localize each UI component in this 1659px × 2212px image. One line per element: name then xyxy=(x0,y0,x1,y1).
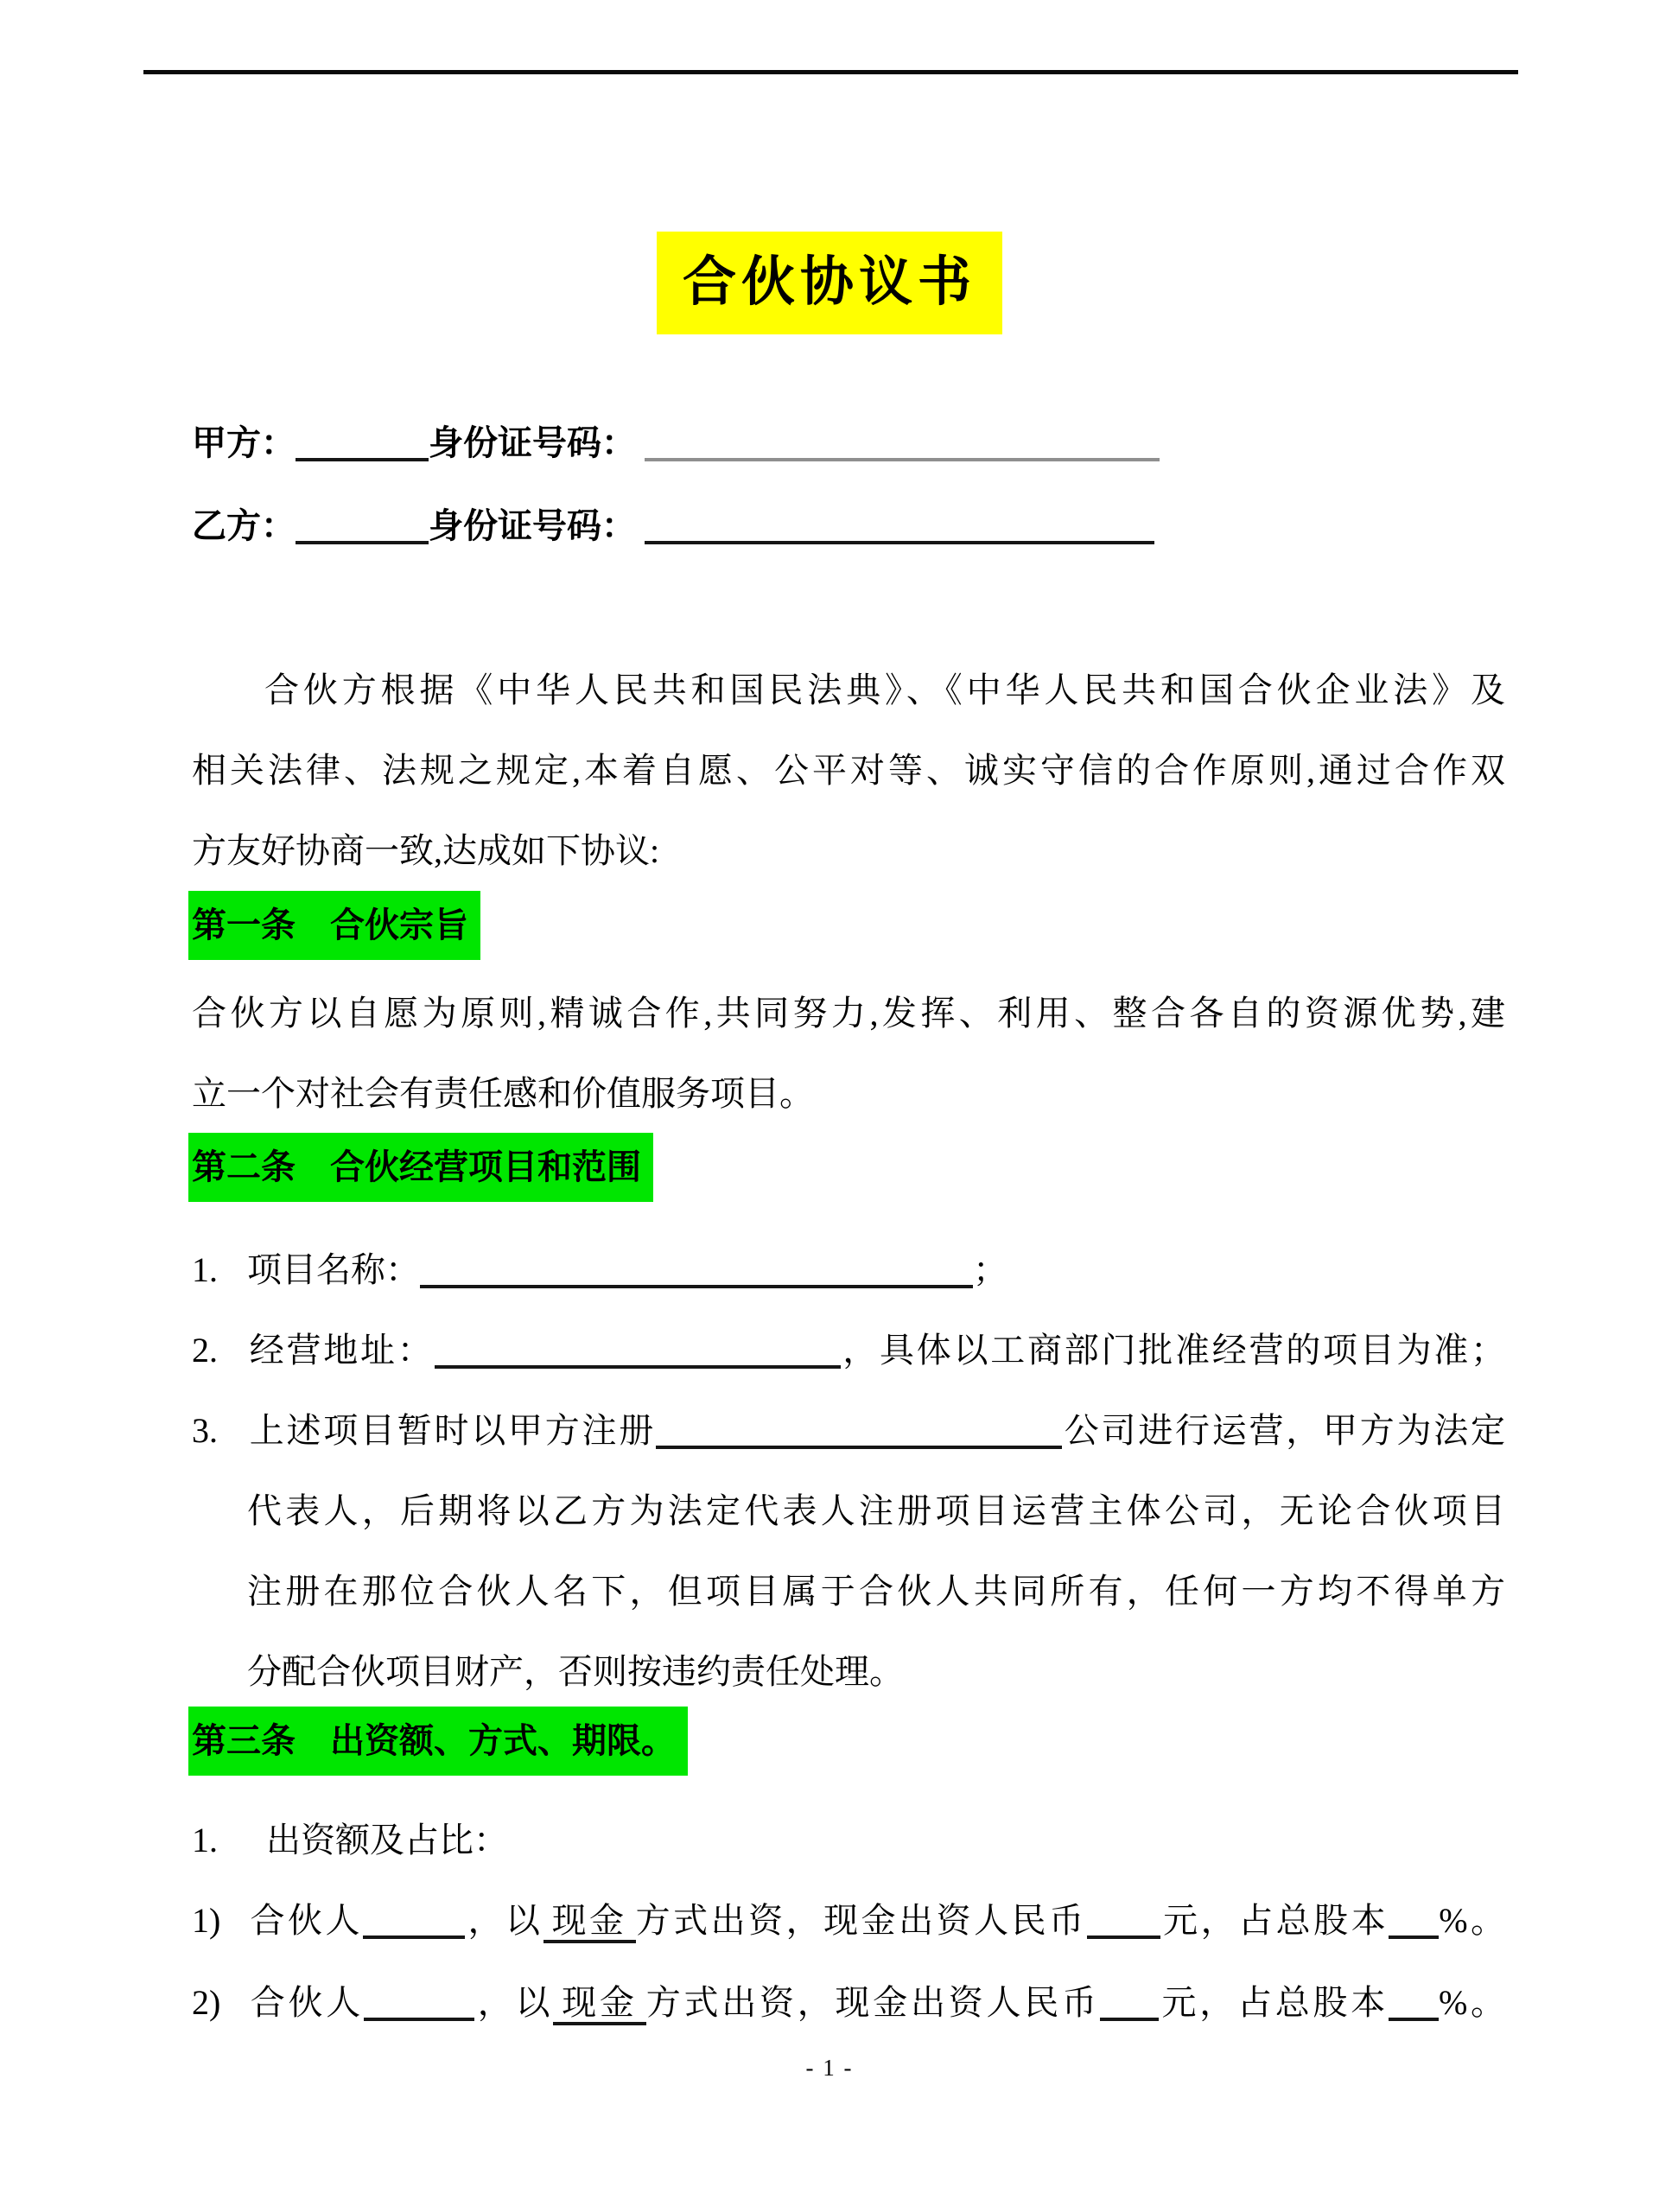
list-item-3-cont: 代表人，后期将以乙方为法定代表人注册项目运营主体公司，无论合伙项目 xyxy=(247,1488,1505,1538)
item-number: 1. xyxy=(192,1817,266,1864)
party-label: 乙方： xyxy=(192,506,296,545)
section-heading-3: 第三条 出资额、方式、期限。 xyxy=(188,1707,688,1776)
text-segment: 方式出资，现金出资人民币 xyxy=(646,1983,1100,2022)
id-label: 身份证号码： xyxy=(429,423,636,462)
item-tail: 公司进行运营，甲方为法定 xyxy=(1062,1411,1505,1450)
list-item-3-cont: 分配合伙项目财产，否则按违约责任处理。 xyxy=(247,1649,1505,1699)
cash-underlined: 现金 xyxy=(553,1983,646,2025)
address-blank xyxy=(435,1329,841,1369)
percent-blank xyxy=(1389,1899,1439,1939)
party-name-blank xyxy=(296,422,429,461)
title-row: 合伙协议书 xyxy=(0,232,1659,334)
text-segment: ，以 xyxy=(465,1901,543,1940)
text-segment: 方式出资，现金出资人民币 xyxy=(636,1901,1087,1940)
item-label: 经营地址： xyxy=(247,1331,435,1370)
partner-label: 合伙人 xyxy=(247,1983,364,2022)
text-segment: ，以 xyxy=(474,1983,553,2022)
section1-line: 合伙方以自愿为原则,精诚合作,共同努力,发挥、利用、整合各自的资源优势,建 xyxy=(192,990,1505,1040)
document-title: 合伙协议书 xyxy=(657,232,1002,334)
item-number: 1. xyxy=(192,1247,247,1294)
party-row-jiafang: 甲方：身份证号码： xyxy=(192,420,1505,470)
party-name-blank xyxy=(296,505,429,544)
preamble-line: 相关法律、法规之规定,本着自愿、公平对等、诚实守信的合作原则,通过合作双 xyxy=(192,747,1505,798)
id-number-blank xyxy=(645,422,1160,461)
item-tail: ； xyxy=(973,1250,1007,1289)
percent-blank xyxy=(1389,1981,1439,2021)
amount-blank xyxy=(1087,1899,1160,1939)
partner-name-blank xyxy=(364,1981,474,2021)
item-number: 2) xyxy=(192,1980,247,2026)
project-name-blank xyxy=(420,1249,973,1288)
id-label: 身份证号码： xyxy=(429,506,636,545)
list-item-2: 2.经营地址：，具体以工商部门批准经营的项目为准； xyxy=(192,1327,1505,1377)
sub-item-text: 出资额及占比： xyxy=(266,1821,508,1859)
contribution-row-2: 2)合伙人，以现金方式出资，现金出资人民币元，占总股本%。 xyxy=(192,1980,1505,2030)
contribution-row-1: 1)合伙人，以现金方式出资，现金出资人民币元，占总股本%。 xyxy=(192,1897,1505,1948)
list-item-1: 1.项目名称：； xyxy=(192,1247,1505,1297)
section-heading-1: 第一条 合伙宗旨 xyxy=(188,891,480,960)
item-number: 2. xyxy=(192,1327,247,1374)
party-label: 甲方： xyxy=(192,423,296,462)
text-segment: 元，占总股本 xyxy=(1160,1901,1389,1940)
amount-blank xyxy=(1100,1981,1159,2021)
list-item-3-cont: 注册在那位合伙人名下，但项目属于合伙人共同所有，任何一方均不得单方 xyxy=(247,1568,1505,1618)
id-number-blank xyxy=(645,505,1154,544)
company-name-blank xyxy=(656,1409,1062,1449)
text-segment: %。 xyxy=(1439,1901,1505,1940)
item-lead: 上述项目暂时以甲方注册 xyxy=(247,1411,656,1450)
preamble-line: 合伙方根据《中华人民共和国民法典》、《中华人民共和国合伙企业法》及 xyxy=(192,667,1505,717)
sub-item-1: 1.出资额及占比： xyxy=(192,1817,1505,1867)
partner-name-blank xyxy=(363,1899,465,1939)
item-label: 项目名称： xyxy=(247,1250,420,1289)
item-number: 1) xyxy=(192,1897,247,1944)
text-segment: 元，占总股本 xyxy=(1159,1983,1389,2022)
page-number: - 1 - xyxy=(0,2055,1659,2082)
text-segment: %。 xyxy=(1439,1983,1505,2022)
list-item-3: 3.上述项目暂时以甲方注册公司进行运营，甲方为法定 xyxy=(192,1408,1505,1458)
item-number: 3. xyxy=(192,1408,247,1454)
preamble-line: 方友好协商一致,达成如下协议: xyxy=(192,828,1505,878)
partner-label: 合伙人 xyxy=(247,1901,363,1940)
section1-line: 立一个对社会有责任感和价值服务项目。 xyxy=(192,1071,1505,1121)
party-row-yifang: 乙方：身份证号码： xyxy=(192,503,1505,553)
cash-underlined: 现金 xyxy=(543,1901,636,1943)
section-heading-2: 第二条 合伙经营项目和范围 xyxy=(188,1133,653,1202)
header-divider xyxy=(143,70,1518,74)
item-tail: ，具体以工商部门批准经营的项目为准； xyxy=(841,1331,1506,1370)
contract-page: 合伙协议书 甲方：身份证号码： 乙方：身份证号码： 合伙方根据《中华人民共和国民… xyxy=(0,0,1659,2212)
